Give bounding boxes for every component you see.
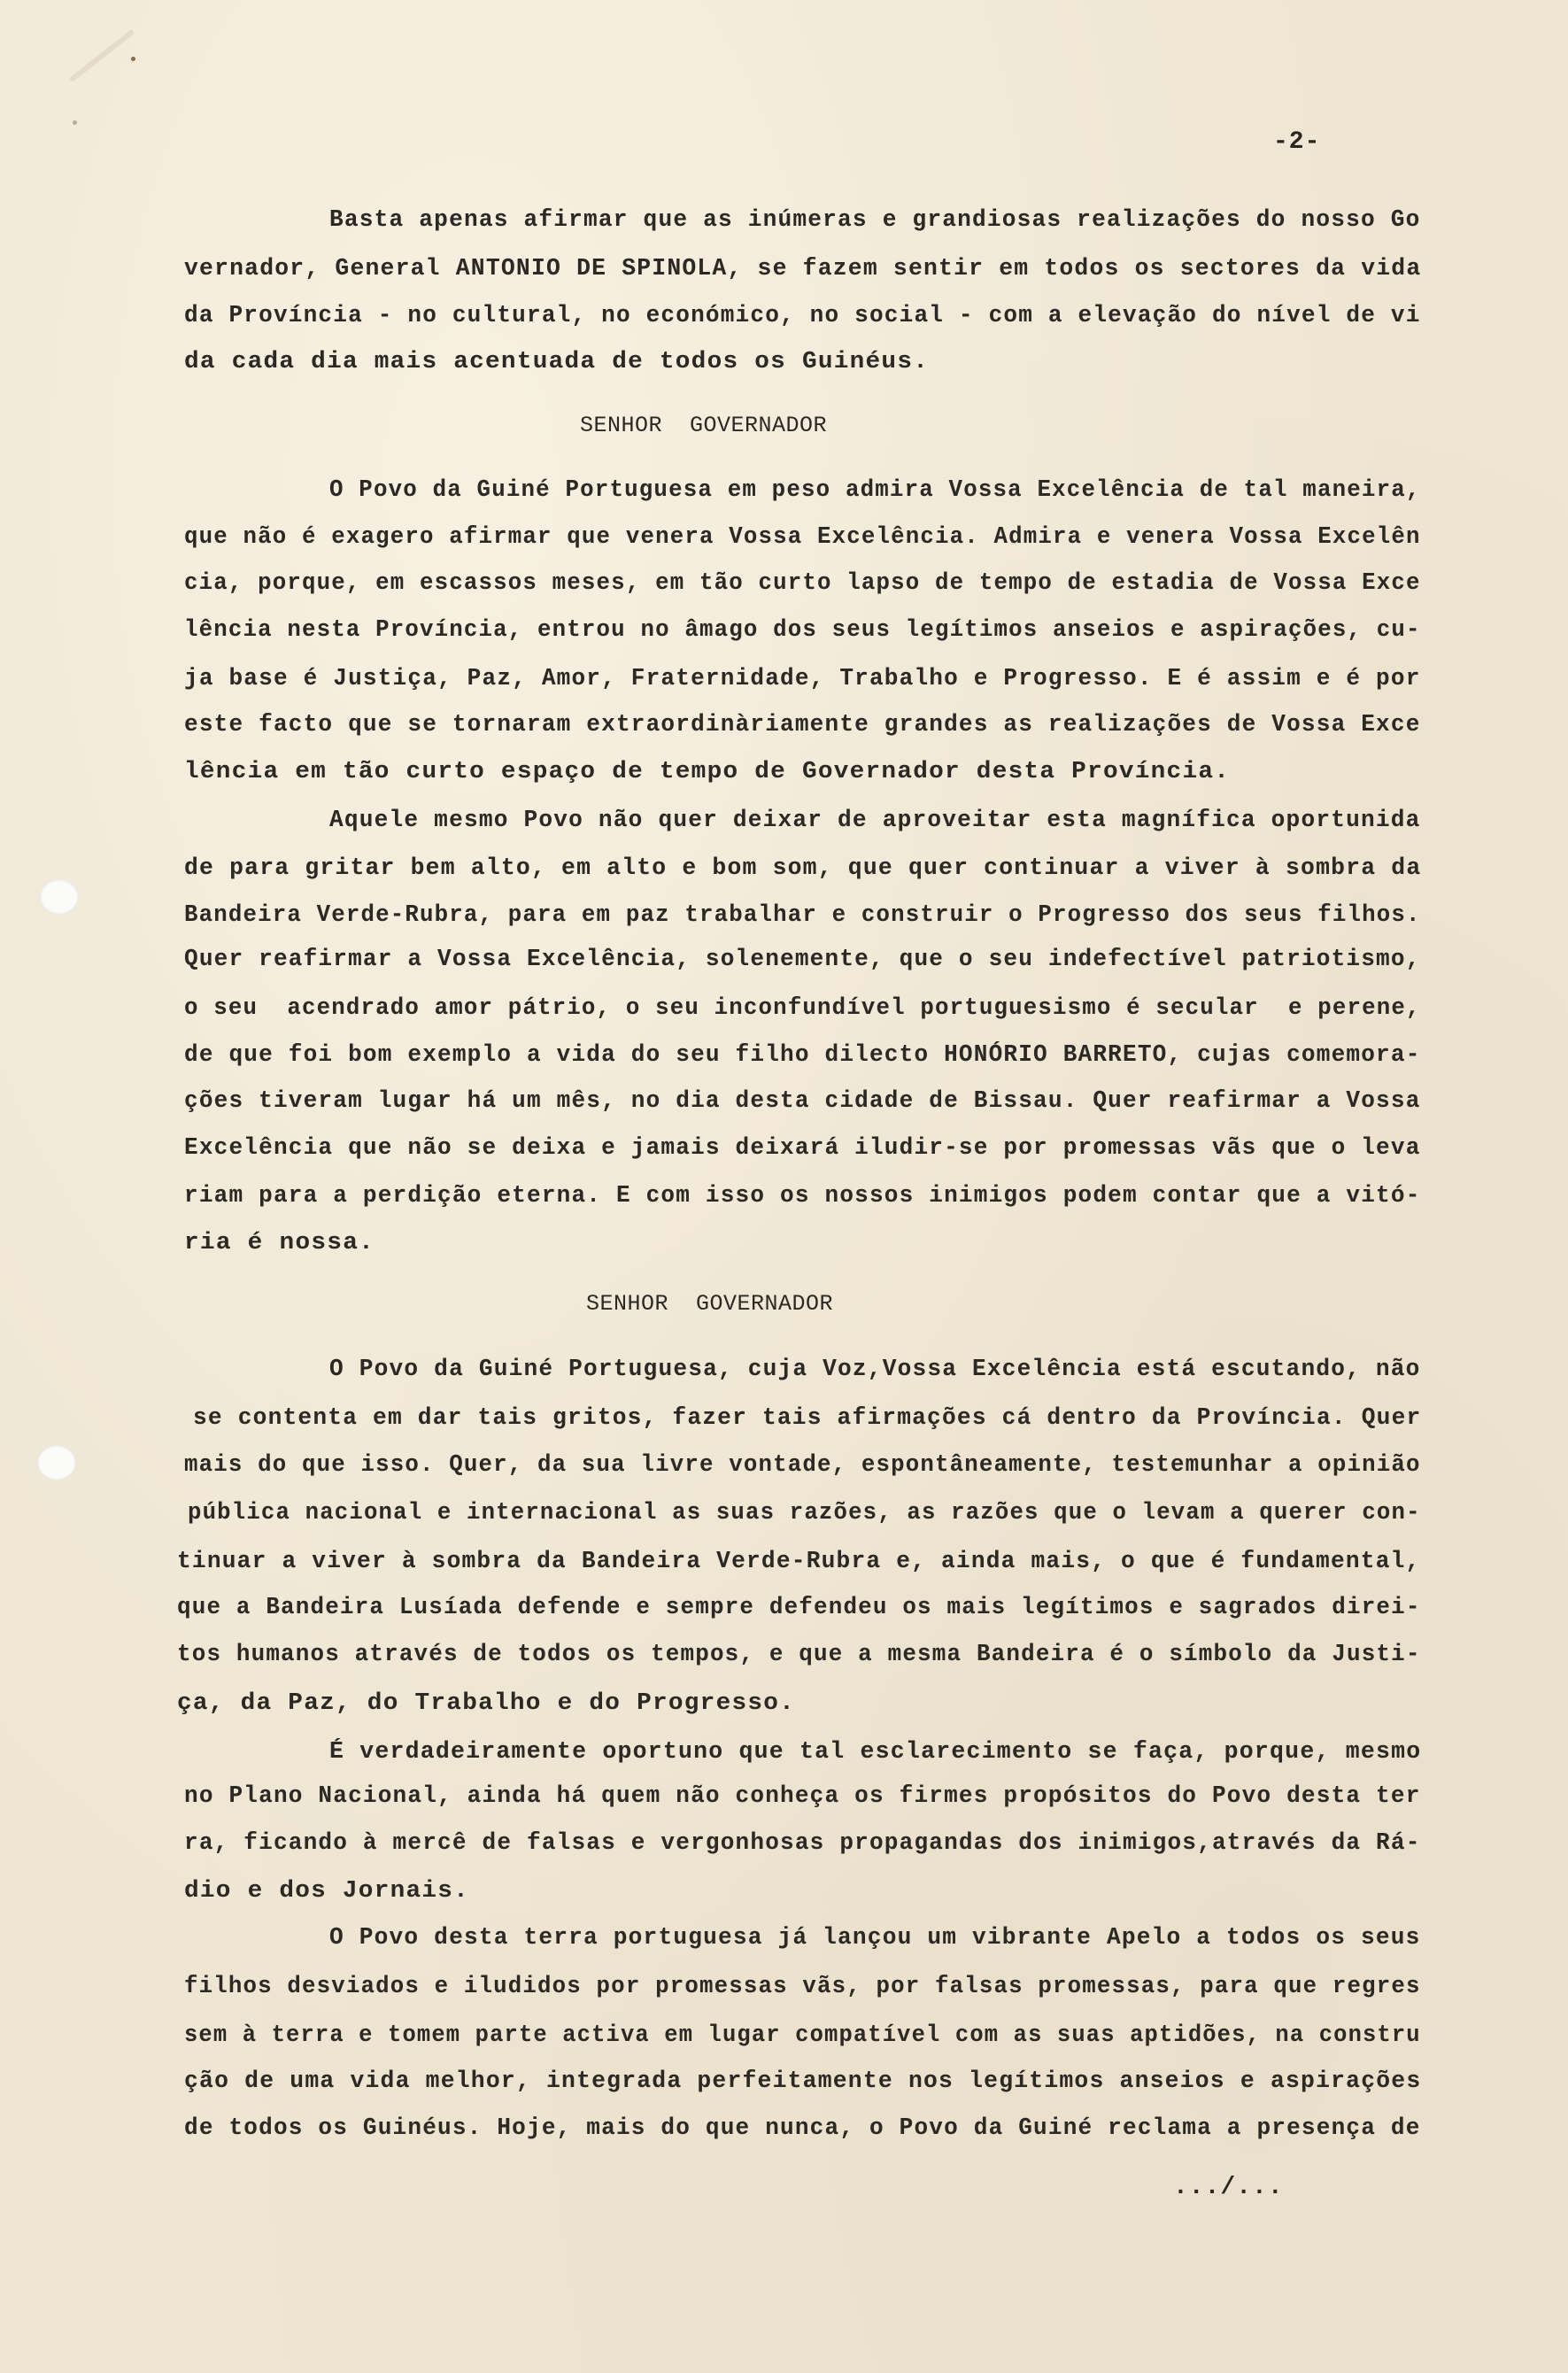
text-line: no Plano Nacional, ainda há quem não con… xyxy=(184,1781,1421,1811)
text-line: ça, da Paz, do Trabalho e do Progresso. xyxy=(177,1688,795,1718)
continuation-mark: .../... xyxy=(1173,2174,1284,2201)
text-line: ção de uma vida melhor, integrada perfei… xyxy=(184,2066,1421,2096)
text-line: vernador, General ANTONIO DE SPINOLA, se… xyxy=(184,253,1421,283)
text-line: da cada dia mais acentuada de todos os G… xyxy=(184,346,929,376)
text-line: se contenta em dar tais gritos, fazer ta… xyxy=(193,1403,1421,1433)
text-line: que não é exagero afirmar que venera Vos… xyxy=(184,522,1421,552)
paper-crease xyxy=(69,29,135,82)
punch-hole xyxy=(37,1445,76,1480)
text-line: este facto que se tornaram extraordinàri… xyxy=(184,709,1421,739)
text-line: Bandeira Verde-Rubra, para em paz trabal… xyxy=(184,900,1421,930)
text-line: ria é nossa. xyxy=(184,1227,375,1257)
paper-speck xyxy=(73,120,77,125)
text-line: lência nesta Província, entrou no âmago … xyxy=(184,615,1421,645)
text-line: sem à terra e tomem parte activa em luga… xyxy=(184,2020,1421,2050)
punch-hole xyxy=(40,879,79,915)
text-line: Basta apenas afirmar que as inúmeras e g… xyxy=(329,205,1421,235)
text-line: Quer reafirmar a Vossa Excelência, solen… xyxy=(184,944,1421,974)
text-line: de todos os Guinéus. Hoje, mais do que n… xyxy=(184,2113,1421,2143)
text-line: pública nacional e internacional as suas… xyxy=(188,1497,1421,1527)
text-line: dio e dos Jornais. xyxy=(184,1875,469,1905)
section-heading: SENHOR GOVERNADOR xyxy=(580,411,827,441)
text-line: o seu acendrado amor pátrio, o seu incon… xyxy=(184,993,1421,1023)
text-line: O Povo desta terra portuguesa já lançou … xyxy=(329,1922,1421,1952)
text-line: É verdadeiramente oportuno que tal escla… xyxy=(329,1736,1421,1766)
text-line: lência em tão curto espaço de tempo de G… xyxy=(184,756,1230,786)
text-line: O Povo da Guiné Portuguesa em peso admir… xyxy=(329,475,1421,505)
text-line: da Província - no cultural, no económico… xyxy=(184,300,1421,330)
text-line: que a Bandeira Lusíada defende e sempre … xyxy=(177,1592,1421,1622)
text-line: ções tiveram lugar há um mês, no dia des… xyxy=(184,1086,1421,1116)
section-heading: SENHOR GOVERNADOR xyxy=(586,1289,833,1319)
text-line: ra, ficando à mercê de falsas e vergonho… xyxy=(184,1828,1421,1858)
text-line: Excelência que não se deixa e jamais dei… xyxy=(184,1132,1421,1163)
text-line: O Povo da Guiné Portuguesa, cuja Voz,Vos… xyxy=(329,1354,1421,1384)
text-line: de que foi bom exemplo a vida do seu fil… xyxy=(184,1040,1421,1070)
text-line: mais do que isso. Quer, da sua livre von… xyxy=(184,1449,1421,1480)
text-line: de para gritar bem alto, em alto e bom s… xyxy=(184,853,1421,883)
text-line: Aquele mesmo Povo não quer deixar de apr… xyxy=(329,805,1421,835)
page-number: -2- xyxy=(1273,128,1320,156)
document-page: -2- SENHOR GOVERNADORSENHOR GOVERNADOR B… xyxy=(0,0,1568,2373)
paper-speck xyxy=(131,57,135,61)
text-line: tos humanos através de todos os tempos, … xyxy=(177,1639,1421,1669)
text-line: riam para a perdição eterna. E com isso … xyxy=(184,1180,1421,1210)
text-line: filhos desviados e iludidos por promessa… xyxy=(184,1971,1421,2001)
text-line: cia, porque, em escassos meses, em tão c… xyxy=(184,568,1421,598)
text-line: ja base é Justiça, Paz, Amor, Fraternida… xyxy=(184,663,1421,693)
text-line: tinuar a viver à sombra da Bandeira Verd… xyxy=(177,1546,1420,1576)
